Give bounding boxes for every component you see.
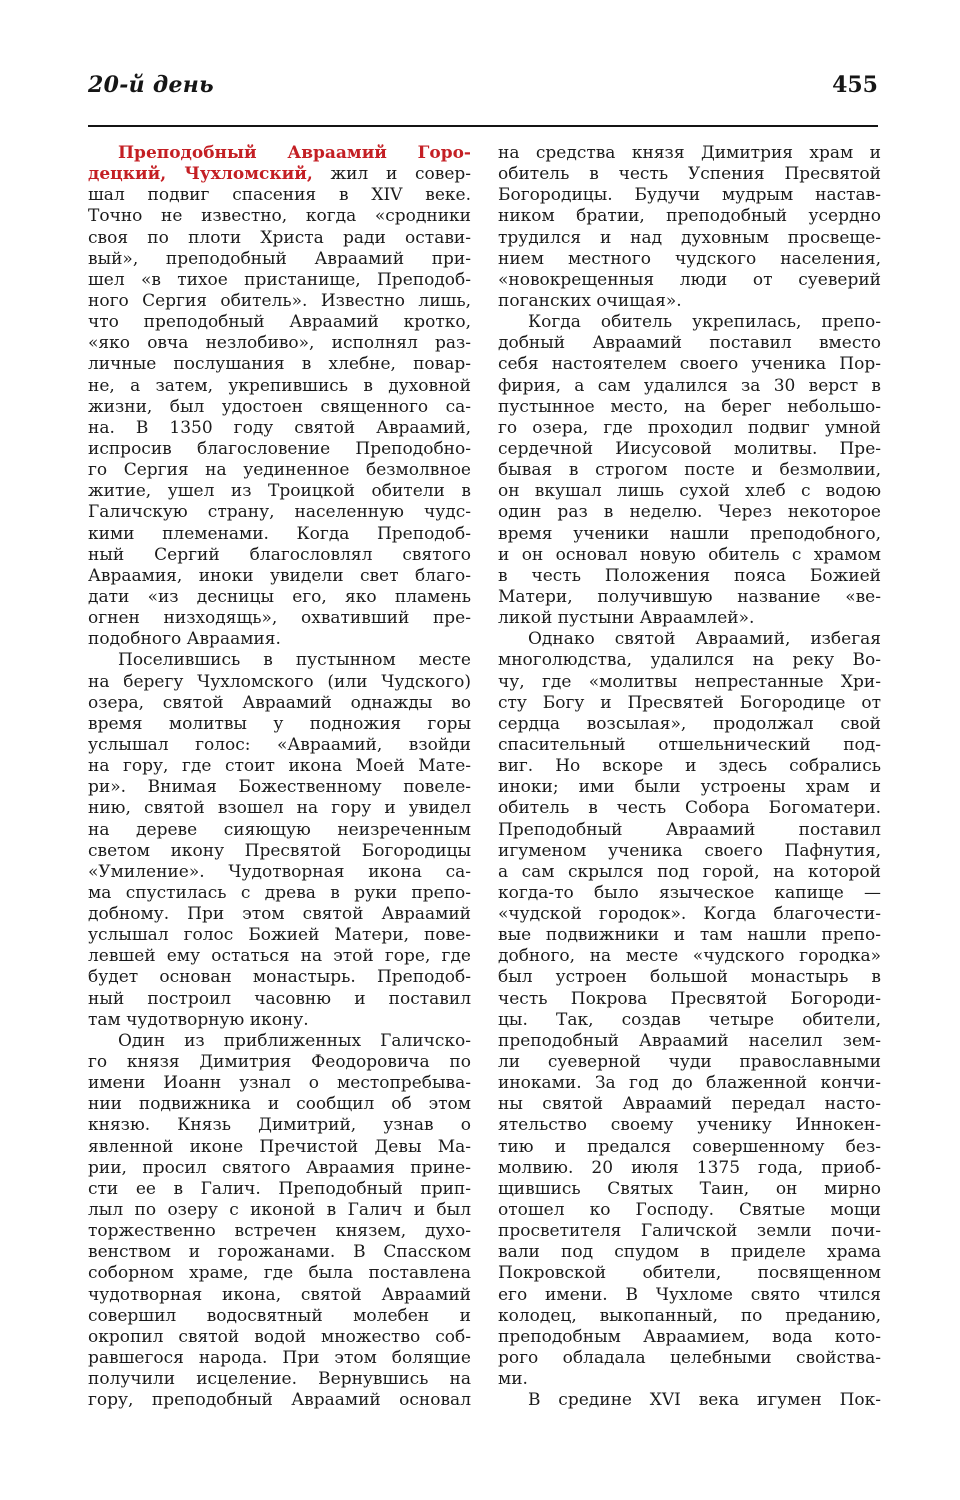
text-line: торжественно встречен князем, духо- — [88, 1221, 471, 1242]
text-line: там чудотворную икону. — [88, 1010, 471, 1031]
text-line: своя по плоти Христа ради остави- — [88, 228, 471, 249]
text-line: вый», преподобный Авраамий при- — [88, 249, 471, 270]
text-line: отошел ко Господу. Святые мощи — [498, 1200, 881, 1221]
text-line: лыл по озеру с иконой в Галич и был — [88, 1200, 471, 1221]
text-line: сту Богу и Пресвятей Богородице от — [498, 693, 881, 714]
text-line: а сам скрылся под горой, на которой — [498, 862, 881, 883]
text-line: сердца возсылая», продолжал свой — [498, 714, 881, 735]
text-line: ри». Внимая Божественному повеле- — [88, 777, 471, 798]
text-line: соборном храме, где была поставлена — [88, 1263, 471, 1284]
text-line: иноками. За год до блаженной кончи- — [498, 1073, 881, 1094]
text-line: время молитвы у подножия горы — [88, 714, 471, 735]
text-line: один раз в неделю. Через некоторое — [498, 502, 881, 523]
text-line: Однако святой Авраамий, избегая — [498, 629, 881, 650]
text-line: го князя Димитрия Феодоровича по — [88, 1052, 471, 1073]
text-line: ма спустилась с древа в руки препо- — [88, 883, 471, 904]
text-line: Преподобный Авраамий Горо- — [88, 143, 471, 164]
text-line: венством и горожанами. В Спасском — [88, 1242, 471, 1263]
header-divider — [88, 125, 878, 127]
text-line: ли суеверной чуди православными — [498, 1052, 881, 1073]
text-line: в честь Положения пояса Божией — [498, 566, 881, 587]
text-line: личные послушания в хлебне, повар- — [88, 354, 471, 375]
text-line: спасительный отшельнический под- — [498, 735, 881, 756]
text-line: имени Иоанн узнал о местопребыва- — [88, 1073, 471, 1094]
text-line: на дереве сияющую неизреченным — [88, 820, 471, 841]
text-line: ный Сергий благословлял святого — [88, 545, 471, 566]
text-line: Матери, получившую название «ве- — [498, 587, 881, 608]
text-line: явленной иконе Пречистой Девы Ма- — [88, 1137, 471, 1158]
text-line: щившись Святых Таин, он мирно — [498, 1179, 881, 1200]
text-line: Богородицы. Будучи мудрым настав- — [498, 185, 881, 206]
text-line: подобного Авраамия. — [88, 629, 471, 650]
text-line: жизни, был удостоен священного са- — [88, 397, 471, 418]
text-line: шал подвиг спасения в XIV веке. — [88, 185, 471, 206]
text-line: обитель в честь Успения Пресвятой — [498, 164, 881, 185]
text-line: игуменом ученика своего Пафнутия, — [498, 841, 881, 862]
text-line: и он основал новую обитель с храмом — [498, 545, 881, 566]
text-line: ятельство своему ученику Иннокен- — [498, 1115, 881, 1136]
text-line: огнен низходящь», охвативший пре- — [88, 608, 471, 629]
text-line: децкий, Чухломский, жил и совер- — [88, 164, 471, 185]
text-line: когда-то было языческое капище — — [498, 883, 881, 904]
text-line: услышал голос Божией Матери, пове- — [88, 925, 471, 946]
text-line: князю. Князь Димитрий, узнав о — [88, 1115, 471, 1136]
text-line: нием местного чудского населения, — [498, 249, 881, 270]
column-left: Преподобный Авраамий Горо-децкий, Чухлом… — [88, 143, 471, 1411]
text-line: «новокрещенныя люди от суеверий — [498, 270, 881, 291]
text-line: услышал голос: «Авраамий, взойди — [88, 735, 471, 756]
text-line: тию и предался совершенному без- — [498, 1137, 881, 1158]
text-line: получили исцеление. Вернувшись на — [88, 1369, 471, 1390]
text-line: поганских очищая». — [498, 291, 881, 312]
text-line: Один из приближенных Галичско- — [88, 1031, 471, 1052]
text-line: сердечной Иисусовой молитвы. Пре- — [498, 439, 881, 460]
running-title: 20-й день — [88, 72, 214, 98]
saint-name-emphasis: децкий, Чухломский, — [88, 164, 313, 184]
text-line: Поселившись в пустынном месте — [88, 650, 471, 671]
text-line: многолюдства, удалился на реку Во- — [498, 650, 881, 671]
text-line: Когда обитель укрепилась, препо- — [498, 312, 881, 333]
text-line: совершил водосвятный молебен и — [88, 1306, 471, 1327]
text-line: иноки; ими были устроены храм и — [498, 777, 881, 798]
text-line: будет основан монастырь. Преподоб- — [88, 967, 471, 988]
text-line: шел «в тихое пристанище, Преподоб- — [88, 270, 471, 291]
text-line: трудился и над духовным просвеще- — [498, 228, 881, 249]
text-line: на средства князя Димитрия храм и — [498, 143, 881, 164]
text-line: вые подвижники и там нашли препо- — [498, 925, 881, 946]
text-line: сти ее в Галич. Преподобный прип- — [88, 1179, 471, 1200]
text-line: не, а затем, укрепившись в духовной — [88, 376, 471, 397]
text-line: нии подвижника и сообщил об этом — [88, 1094, 471, 1115]
text-line: фирия, а сам удалился за 30 верст в — [498, 376, 881, 397]
text-line: Авраамия, иноки увидели свет благо- — [88, 566, 471, 587]
text-line: время ученики нашли преподобного, — [498, 524, 881, 545]
text-line: житие, ушел из Троицкой обители в — [88, 481, 471, 502]
text-line: добному. При этом святой Авраамий — [88, 904, 471, 925]
text-line: преподобным Авраамием, вода кото- — [498, 1327, 881, 1348]
text-line: молвию. 20 июля 1375 года, приоб- — [498, 1158, 881, 1179]
text-line: светом икону Пресвятой Богородицы — [88, 841, 471, 862]
text-line: «яко овча незлобиво», исполнял раз- — [88, 333, 471, 354]
text-line: чудотворная икона, святой Авраамий — [88, 1285, 471, 1306]
page-number: 455 — [832, 72, 878, 98]
text-line: нию, святой взошел на гору и увидел — [88, 798, 471, 819]
text-line: В средине XVI века игумен Пок- — [498, 1390, 881, 1411]
text-line: на берегу Чухломского (или Чудского) — [88, 672, 471, 693]
column-right: на средства князя Димитрия храм иобитель… — [498, 143, 881, 1411]
text-line: обитель в честь Собора Богоматери. — [498, 798, 881, 819]
text-line: испросив благословение Преподобно- — [88, 439, 471, 460]
text-line: окропил святой водой множество соб- — [88, 1327, 471, 1348]
text-line: на гору, где стоит икона Моей Мате- — [88, 756, 471, 777]
text-line: честь Покрова Пресвятой Богороди- — [498, 989, 881, 1010]
text-line: «Умиление». Чудотворная икона са- — [88, 862, 471, 883]
page-header: 20-й день 455 — [88, 72, 878, 98]
text-line: добного, на месте «чудского городка» — [498, 946, 881, 967]
text-line: просветителя Галичской земли почи- — [498, 1221, 881, 1242]
text-line: был устроен большой монастырь в — [498, 967, 881, 988]
text-line: себя настоятелем своего ученика Пор- — [498, 354, 881, 375]
text-line: на. В 1350 году святой Авраамий, — [88, 418, 471, 439]
text-line: Преподобный Авраамий поставил — [498, 820, 881, 841]
saint-name-emphasis: Преподобный Авраамий Горо- — [118, 143, 471, 163]
text-line: ником братии, преподобный усердно — [498, 206, 881, 227]
text-line: дати «из десницы его, яко пламень — [88, 587, 471, 608]
text-line: цы. Так, создав четыре обители, — [498, 1010, 881, 1031]
text-line: го озера, где проходил подвиг умной — [498, 418, 881, 439]
text-line: рии, просил святого Авраамия прине- — [88, 1158, 471, 1179]
text-line: гору, преподобный Авраамий основал — [88, 1390, 471, 1411]
text-line: преподобный Авраамий населил зем- — [498, 1031, 881, 1052]
text-line: добный Авраамий поставил вместо — [498, 333, 881, 354]
text-line: рого обладала целебными свойства- — [498, 1348, 881, 1369]
text-line: ного Сергия обитель». Известно лишь, — [88, 291, 471, 312]
text-line: ми. — [498, 1369, 881, 1390]
text-line: озера, святой Авраамий однажды во — [88, 693, 471, 714]
text-line: ликой пустыни Авраамлей». — [498, 608, 881, 629]
text-line: он вкушал лишь сухой хлеб с водою — [498, 481, 881, 502]
text-line: бывая в строгом посте и безмолвии, — [498, 460, 881, 481]
text-line: его имени. В Чухломе свято чтился — [498, 1285, 881, 1306]
text-line: «чудской городок». Когда благочести- — [498, 904, 881, 925]
text-line: левшей ему остаться на этой горе, где — [88, 946, 471, 967]
text-line: чу, где «молитвы непрестанные Хри- — [498, 672, 881, 693]
text-line: Точно не известно, когда «сродники — [88, 206, 471, 227]
text-line: го Сергия на уединенное безмолвное — [88, 460, 471, 481]
text-line: ный построил часовню и поставил — [88, 989, 471, 1010]
text-line: колодец, выкопанный, по преданию, — [498, 1306, 881, 1327]
text-line: Покровской обители, посвященном — [498, 1263, 881, 1284]
text-line: кими племенами. Когда Преподоб- — [88, 524, 471, 545]
text-line: пустынное место, на берег небольшо- — [498, 397, 881, 418]
text-line: что преподобный Авраамий кротко, — [88, 312, 471, 333]
text-line: Галичскую страну, населенную чудс- — [88, 502, 471, 523]
text-line: виг. Но вскоре и здесь собрались — [498, 756, 881, 777]
text-line: ны святой Авраамий передал насто- — [498, 1094, 881, 1115]
text-line: вали под спудом в приделе храма — [498, 1242, 881, 1263]
text-line: равшегося народа. При этом болящие — [88, 1348, 471, 1369]
